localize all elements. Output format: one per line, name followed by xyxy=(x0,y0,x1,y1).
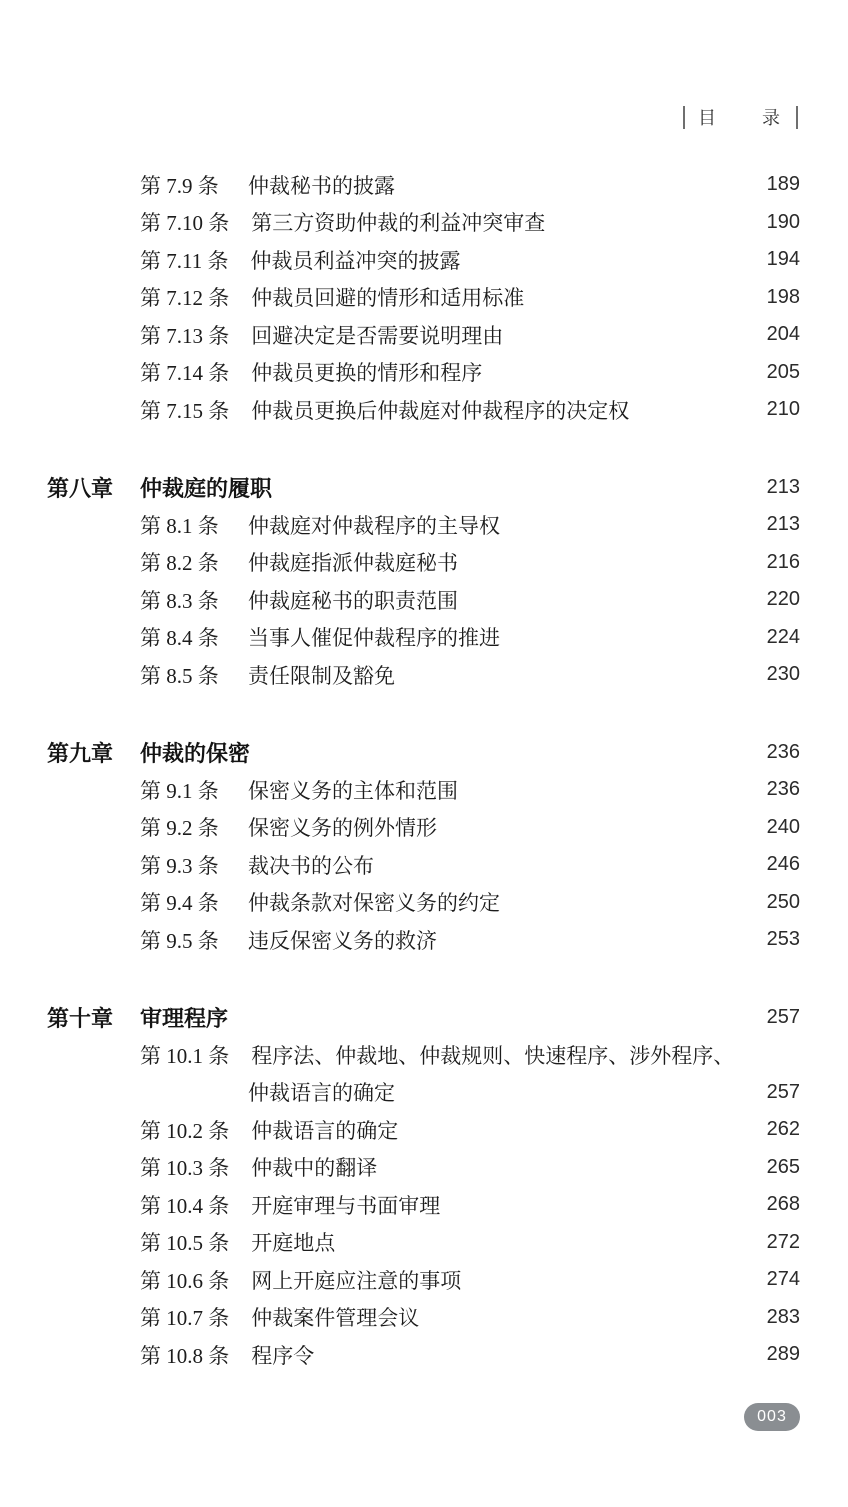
page-number-badge: 003 xyxy=(744,1403,800,1431)
toc-entry: 第 9.4 条仲裁条款对保密义务的约定250 xyxy=(0,884,800,922)
entry-number: 第 10.5 条 xyxy=(140,1227,229,1257)
running-header: 目 录 xyxy=(683,104,798,130)
entry-page: 194 xyxy=(767,248,800,271)
entry-page: 274 xyxy=(767,1268,800,1291)
toc-entry: 第 10.1 条程序法、仲裁地、仲裁规则、快速程序、涉外程序、 xyxy=(0,1036,800,1074)
entry-page: 268 xyxy=(767,1193,800,1216)
chapter-title: 仲裁的保密 xyxy=(140,737,250,768)
table-of-contents: 第 7.9 条仲裁秘书的披露189 第 7.10 条第三方资助仲裁的利益冲突审查… xyxy=(0,166,800,1374)
toc-group-ch10: 第十章审理程序257 第 10.1 条程序法、仲裁地、仲裁规则、快速程序、涉外程… xyxy=(0,999,800,1374)
chapter-page: 257 xyxy=(767,1006,800,1029)
entry-number: 第 9.1 条 xyxy=(140,775,226,805)
entry-title: 程序法、仲裁地、仲裁规则、快速程序、涉外程序、 xyxy=(251,1040,734,1070)
entry-page: 283 xyxy=(767,1306,800,1329)
entry-title: 仲裁语言的确定 xyxy=(248,1077,395,1107)
entry-number: 第 10.8 条 xyxy=(140,1340,229,1370)
entry-number: 第 10.4 条 xyxy=(140,1190,229,1220)
toc-entry: 第 10.3 条仲裁中的翻译265 xyxy=(0,1149,800,1187)
book-toc-page: { "colors": { "badge_bg": "#8a8e92", "te… xyxy=(0,0,848,1507)
toc-entry: 第 7.12 条仲裁员回避的情形和适用标准198 xyxy=(0,279,800,317)
entry-page: 236 xyxy=(767,778,800,801)
entry-title: 开庭地点 xyxy=(251,1227,335,1257)
entry-title: 仲裁员利益冲突的披露 xyxy=(250,245,460,275)
header-title-char-2: 录 xyxy=(762,104,780,130)
entry-title: 仲裁庭对仲裁程序的主导权 xyxy=(248,510,500,540)
toc-entry: 第 8.2 条仲裁庭指派仲裁庭秘书216 xyxy=(0,544,800,582)
entry-number: 第 9.3 条 xyxy=(140,850,226,880)
toc-entry: 第 7.9 条仲裁秘书的披露189 xyxy=(0,166,800,204)
chapter-heading: 第十章审理程序257 xyxy=(0,999,800,1037)
entry-title: 第三方资助仲裁的利益冲突审查 xyxy=(251,207,545,237)
chapter-number: 第十章 xyxy=(47,1002,140,1033)
toc-entry: 第 9.3 条裁决书的公布246 xyxy=(0,846,800,884)
toc-entry: 第 7.14 条仲裁员更换的情形和程序205 xyxy=(0,354,800,392)
toc-entry: 第 8.4 条当事人催促仲裁程序的推进224 xyxy=(0,619,800,657)
entry-page: 190 xyxy=(767,211,800,234)
toc-entry: 第 7.15 条仲裁员更换后仲裁庭对仲裁程序的决定权210 xyxy=(0,391,800,429)
entry-title: 仲裁员回避的情形和适用标准 xyxy=(251,282,524,312)
toc-entry: 第 10.6 条网上开庭应注意的事项274 xyxy=(0,1261,800,1299)
entry-title: 仲裁中的翻译 xyxy=(251,1152,377,1182)
header-right-bar xyxy=(796,106,798,129)
entry-number: 第 10.3 条 xyxy=(140,1152,229,1182)
toc-entry: 第 7.11 条仲裁员利益冲突的披露194 xyxy=(0,241,800,279)
entry-title: 仲裁案件管理会议 xyxy=(251,1302,419,1332)
entry-title: 仲裁员更换后仲裁庭对仲裁程序的决定权 xyxy=(251,395,629,425)
entry-number: 第 7.10 条 xyxy=(140,207,229,237)
chapter-page: 213 xyxy=(767,476,800,499)
entry-number: 第 10.2 条 xyxy=(140,1115,229,1145)
chapter-title: 仲裁庭的履职 xyxy=(140,472,272,503)
entry-page: 250 xyxy=(767,891,800,914)
entry-page: 272 xyxy=(767,1231,800,1254)
entry-title: 仲裁庭指派仲裁庭秘书 xyxy=(248,547,458,577)
chapter-number: 第九章 xyxy=(47,737,140,768)
toc-entry: 第 8.1 条仲裁庭对仲裁程序的主导权213 xyxy=(0,506,800,544)
header-title-char-1: 目 xyxy=(698,104,716,130)
toc-group-ch9: 第九章仲裁的保密236 第 9.1 条保密义务的主体和范围236 第 9.2 条… xyxy=(0,734,800,959)
entry-page: 240 xyxy=(767,816,800,839)
toc-entry: 第 7.10 条第三方资助仲裁的利益冲突审查190 xyxy=(0,204,800,242)
entry-page: 257 xyxy=(767,1081,800,1104)
entry-number: 第 9.2 条 xyxy=(140,812,226,842)
entry-number: 第 8.1 条 xyxy=(140,510,226,540)
entry-title: 当事人催促仲裁程序的推进 xyxy=(248,622,500,652)
entry-number: 第 7.15 条 xyxy=(140,395,229,425)
entry-page: 289 xyxy=(767,1343,800,1366)
chapter-page: 236 xyxy=(767,741,800,764)
chapter-heading: 第九章仲裁的保密236 xyxy=(0,734,800,772)
entry-number: 第 8.5 条 xyxy=(140,660,226,690)
entry-number: 第 9.5 条 xyxy=(140,925,226,955)
entry-page: 189 xyxy=(767,173,800,196)
toc-entry: 第 10.8 条程序令289 xyxy=(0,1336,800,1374)
entry-number: 第 8.4 条 xyxy=(140,622,226,652)
entry-number: 第 7.11 条 xyxy=(140,245,228,275)
entry-number: 第 8.2 条 xyxy=(140,547,226,577)
header-left-bar xyxy=(683,106,685,129)
toc-entry: 第 10.5 条开庭地点272 xyxy=(0,1224,800,1262)
entry-page: 216 xyxy=(767,551,800,574)
entry-page: 265 xyxy=(767,1156,800,1179)
entry-number: 第 7.12 条 xyxy=(140,282,229,312)
toc-entry: 第 9.1 条保密义务的主体和范围236 xyxy=(0,771,800,809)
entry-title: 保密义务的例外情形 xyxy=(248,812,437,842)
toc-entry: 第 9.5 条违反保密义务的救济253 xyxy=(0,921,800,959)
entry-title: 回避决定是否需要说明理由 xyxy=(251,320,503,350)
entry-page: 210 xyxy=(767,398,800,421)
chapter-heading: 第八章仲裁庭的履职213 xyxy=(0,469,800,507)
toc-entry: 第 9.2 条保密义务的例外情形240 xyxy=(0,809,800,847)
entry-title: 开庭审理与书面审理 xyxy=(251,1190,440,1220)
entry-title: 仲裁庭秘书的职责范围 xyxy=(248,585,458,615)
entry-page: 224 xyxy=(767,626,800,649)
entry-title: 保密义务的主体和范围 xyxy=(248,775,458,805)
entry-page: 230 xyxy=(767,663,800,686)
entry-page: 253 xyxy=(767,928,800,951)
entry-page: 220 xyxy=(767,588,800,611)
entry-number: 第 10.6 条 xyxy=(140,1265,229,1295)
entry-title: 程序令 xyxy=(251,1340,314,1370)
toc-entry: 第 8.3 条仲裁庭秘书的职责范围220 xyxy=(0,581,800,619)
entry-number: 第 10.7 条 xyxy=(140,1302,229,1332)
entry-page: 205 xyxy=(767,361,800,384)
entry-title: 仲裁语言的确定 xyxy=(251,1115,398,1145)
entry-number: 第 10.1 条 xyxy=(140,1040,229,1070)
toc-group-ch8: 第八章仲裁庭的履职213 第 8.1 条仲裁庭对仲裁程序的主导权213 第 8.… xyxy=(0,469,800,694)
entry-page: 198 xyxy=(767,286,800,309)
entry-title: 违反保密义务的救济 xyxy=(248,925,437,955)
entry-title: 裁决书的公布 xyxy=(248,850,374,880)
entry-title: 责任限制及豁免 xyxy=(248,660,395,690)
entry-page: 246 xyxy=(767,853,800,876)
entry-page: 262 xyxy=(767,1118,800,1141)
toc-entry: 第 8.5 条责任限制及豁免230 xyxy=(0,656,800,694)
entry-title: 仲裁条款对保密义务的约定 xyxy=(248,887,500,917)
entry-number: 第 7.13 条 xyxy=(140,320,229,350)
entry-page: 204 xyxy=(767,323,800,346)
entry-number: 第 7.9 条 xyxy=(140,170,226,200)
toc-entry: 第 10.7 条仲裁案件管理会议283 xyxy=(0,1299,800,1337)
entry-title: 仲裁秘书的披露 xyxy=(248,170,395,200)
entry-number: 第 9.4 条 xyxy=(140,887,226,917)
chapter-number: 第八章 xyxy=(47,472,140,503)
toc-entry: 第 7.13 条回避决定是否需要说明理由204 xyxy=(0,316,800,354)
entry-number: 第 8.3 条 xyxy=(140,585,226,615)
entry-page: 213 xyxy=(767,513,800,536)
entry-number: 第 7.14 条 xyxy=(140,357,229,387)
toc-group-ch7: 第 7.9 条仲裁秘书的披露189 第 7.10 条第三方资助仲裁的利益冲突审查… xyxy=(0,166,800,429)
chapter-title: 审理程序 xyxy=(140,1002,228,1033)
entry-title: 仲裁员更换的情形和程序 xyxy=(251,357,482,387)
toc-entry: 第 10.4 条开庭审理与书面审理268 xyxy=(0,1186,800,1224)
entry-title: 网上开庭应注意的事项 xyxy=(251,1265,461,1295)
toc-entry-continuation: 仲裁语言的确定257 xyxy=(0,1074,800,1112)
toc-entry: 第 10.2 条仲裁语言的确定262 xyxy=(0,1111,800,1149)
